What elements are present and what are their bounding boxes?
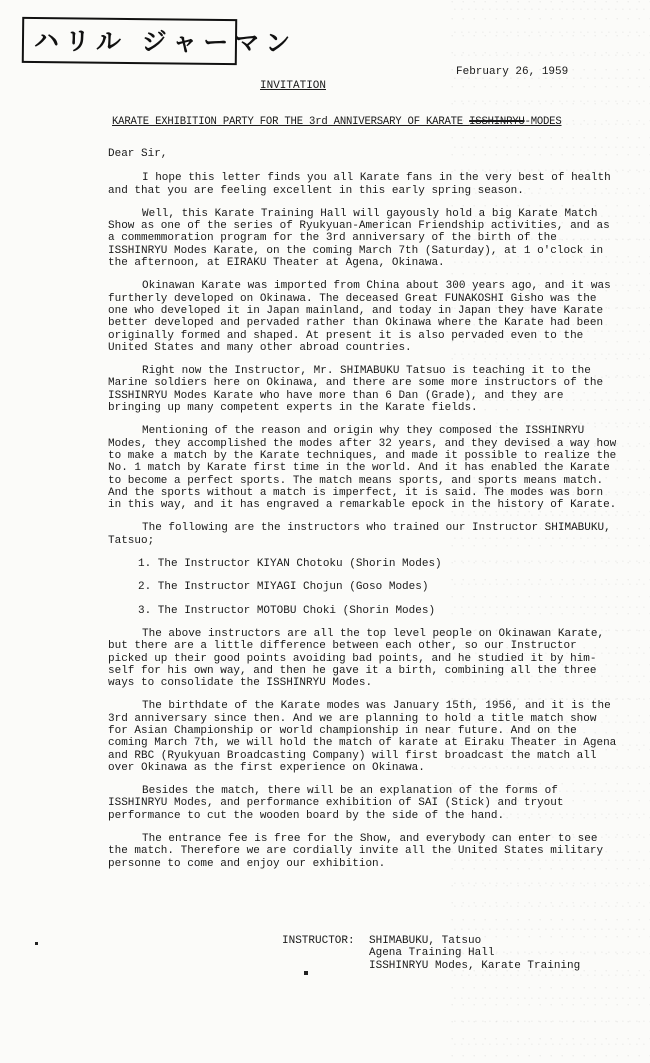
subject-suffix: -MODES [525, 116, 562, 128]
signature-label: INSTRUCTOR: [282, 935, 369, 947]
paragraph: Okinawan Karate was imported from China … [108, 280, 618, 354]
instructor-list-item: 1. The Instructor KIYAN Chotoku (Shorin … [138, 558, 618, 570]
instructor-list-item: 2. The Instructor MIYAGI Chojun (Goso Mo… [138, 581, 618, 593]
scan-speck [35, 942, 38, 945]
subject-struck-word: ISSHINRYU [469, 116, 524, 128]
paragraph: The following are the instructors who tr… [108, 522, 618, 547]
signature-modes: ISSHINRYU Modes, Karate Training [282, 960, 580, 972]
letter-date: February 26, 1959 [456, 66, 568, 78]
paragraph: I hope this letter finds you all Karate … [108, 172, 618, 197]
paragraph: Right now the Instructor, Mr. SHIMABUKU … [108, 365, 618, 414]
instructor-list-item: 3. The Instructor MOTOBU Choki (Shorin M… [138, 605, 618, 617]
instructor-list: 1. The Instructor KIYAN Chotoku (Shorin … [108, 558, 618, 617]
paragraph: Well, this Karate Training Hall will gay… [108, 208, 618, 269]
signature-hall: Agena Training Hall [282, 947, 580, 959]
paragraph: The entrance fee is free for the Show, a… [108, 833, 618, 870]
scan-speck [304, 971, 308, 975]
salutation: Dear Sir, [108, 148, 618, 160]
letter-title: INVITATION [260, 80, 326, 92]
letter-subject: KARATE EXHIBITION PARTY FOR THE 3rd ANNI… [112, 116, 562, 128]
paragraph: The above instructors are all the top le… [108, 628, 618, 689]
signature-block: INSTRUCTOR:SHIMABUKU, Tatsuo Agena Train… [282, 935, 580, 972]
paragraph: The birthdate of the Karate modes was Ja… [108, 700, 618, 774]
katakana-name-stamp: ハリル ジャーマン [22, 17, 237, 65]
letter-page: ハリル ジャーマン February 26, 1959 INVITATION K… [0, 0, 650, 1063]
subject-prefix: KARATE EXHIBITION PARTY FOR THE 3rd ANNI… [112, 116, 469, 128]
paragraph: Mentioning of the reason and origin why … [108, 425, 618, 511]
paragraph: Besides the match, there will be an expl… [108, 785, 618, 822]
signature-name: SHIMABUKU, Tatsuo [369, 935, 481, 947]
letter-body: Dear Sir, I hope this letter finds you a… [108, 148, 618, 881]
